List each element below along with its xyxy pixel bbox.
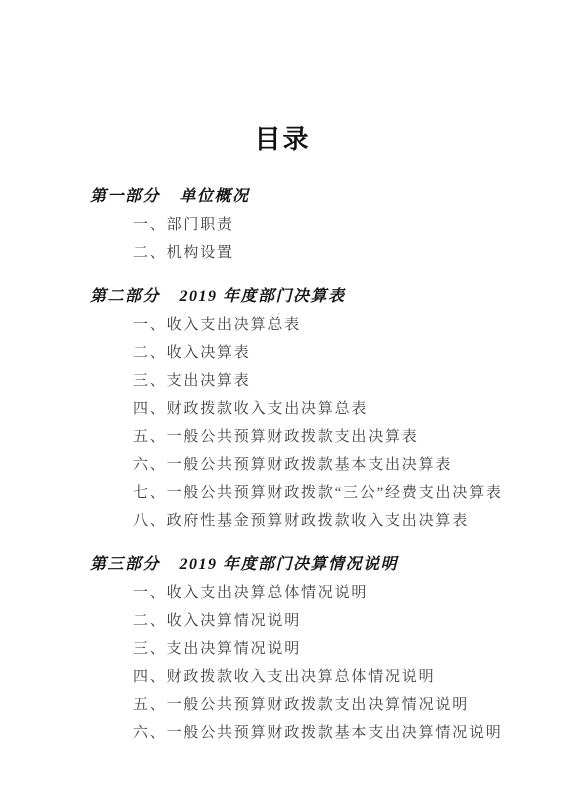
toc-section-2-label: 第二部分 <box>90 288 160 305</box>
toc-section-1-items: 一、部门职责 二、机构设置 <box>90 211 495 267</box>
toc-section-3-title: 2019 年度部门决算情况说明 <box>180 556 399 573</box>
toc-section-3-label: 第三部分 <box>90 556 160 573</box>
toc-section-3-heading: 第三部分 2019 年度部门决算情况说明 <box>90 555 495 575</box>
table-of-contents: 第一部分 单位概况 一、部门职责 二、机构设置 第二部分 2019 年度部门决算… <box>90 187 495 747</box>
toc-section-2-items: 一、收入支出决算总表 二、收入决算表 三、支出决算表 四、财政拨款收入支出决算总… <box>90 311 495 535</box>
toc-section-1-label: 第一部分 <box>90 188 160 205</box>
toc-item: 三、支出决算情况说明 <box>133 635 495 663</box>
toc-section-3-items: 一、收入支出决算总体情况说明 二、收入决算情况说明 三、支出决算情况说明 四、财… <box>90 579 495 747</box>
toc-item: 五、一般公共预算财政拨款支出决算情况说明 <box>133 691 495 719</box>
toc-section-2-heading: 第二部分 2019 年度部门决算表 <box>90 287 495 307</box>
toc-item: 六、一般公共预算财政拨款基本支出决算情况说明 <box>133 719 495 747</box>
toc-item: 三、支出决算表 <box>133 367 495 395</box>
toc-item: 一、收入支出决算总表 <box>133 311 495 339</box>
toc-item: 二、收入决算表 <box>133 339 495 367</box>
toc-item: 五、一般公共预算财政拨款支出决算表 <box>133 423 495 451</box>
toc-section-1: 第一部分 单位概况 一、部门职责 二、机构设置 <box>90 187 495 267</box>
toc-item: 七、一般公共预算财政拨款“三公”经费支出决算表 <box>133 479 495 507</box>
toc-item: 二、机构设置 <box>133 239 495 267</box>
document-page: 目录 第一部分 单位概况 一、部门职责 二、机构设置 第二部分 2019 年度部… <box>0 0 565 800</box>
toc-item: 二、收入决算情况说明 <box>133 607 495 635</box>
toc-item: 一、收入支出决算总体情况说明 <box>133 579 495 607</box>
toc-section-1-heading: 第一部分 单位概况 <box>90 187 495 207</box>
toc-section-1-title: 单位概况 <box>180 188 250 205</box>
toc-section-3: 第三部分 2019 年度部门决算情况说明 一、收入支出决算总体情况说明 二、收入… <box>90 555 495 747</box>
toc-item: 八、政府性基金预算财政拨款收入支出决算表 <box>133 507 495 535</box>
page-title: 目录 <box>70 125 495 155</box>
toc-section-2: 第二部分 2019 年度部门决算表 一、收入支出决算总表 二、收入决算表 三、支… <box>90 287 495 535</box>
toc-item: 四、财政拨款收入支出决算总体情况说明 <box>133 663 495 691</box>
toc-item: 六、一般公共预算财政拨款基本支出决算表 <box>133 451 495 479</box>
toc-item: 一、部门职责 <box>133 211 495 239</box>
toc-section-2-title: 2019 年度部门决算表 <box>180 288 346 305</box>
toc-item: 四、财政拨款收入支出决算总表 <box>133 395 495 423</box>
